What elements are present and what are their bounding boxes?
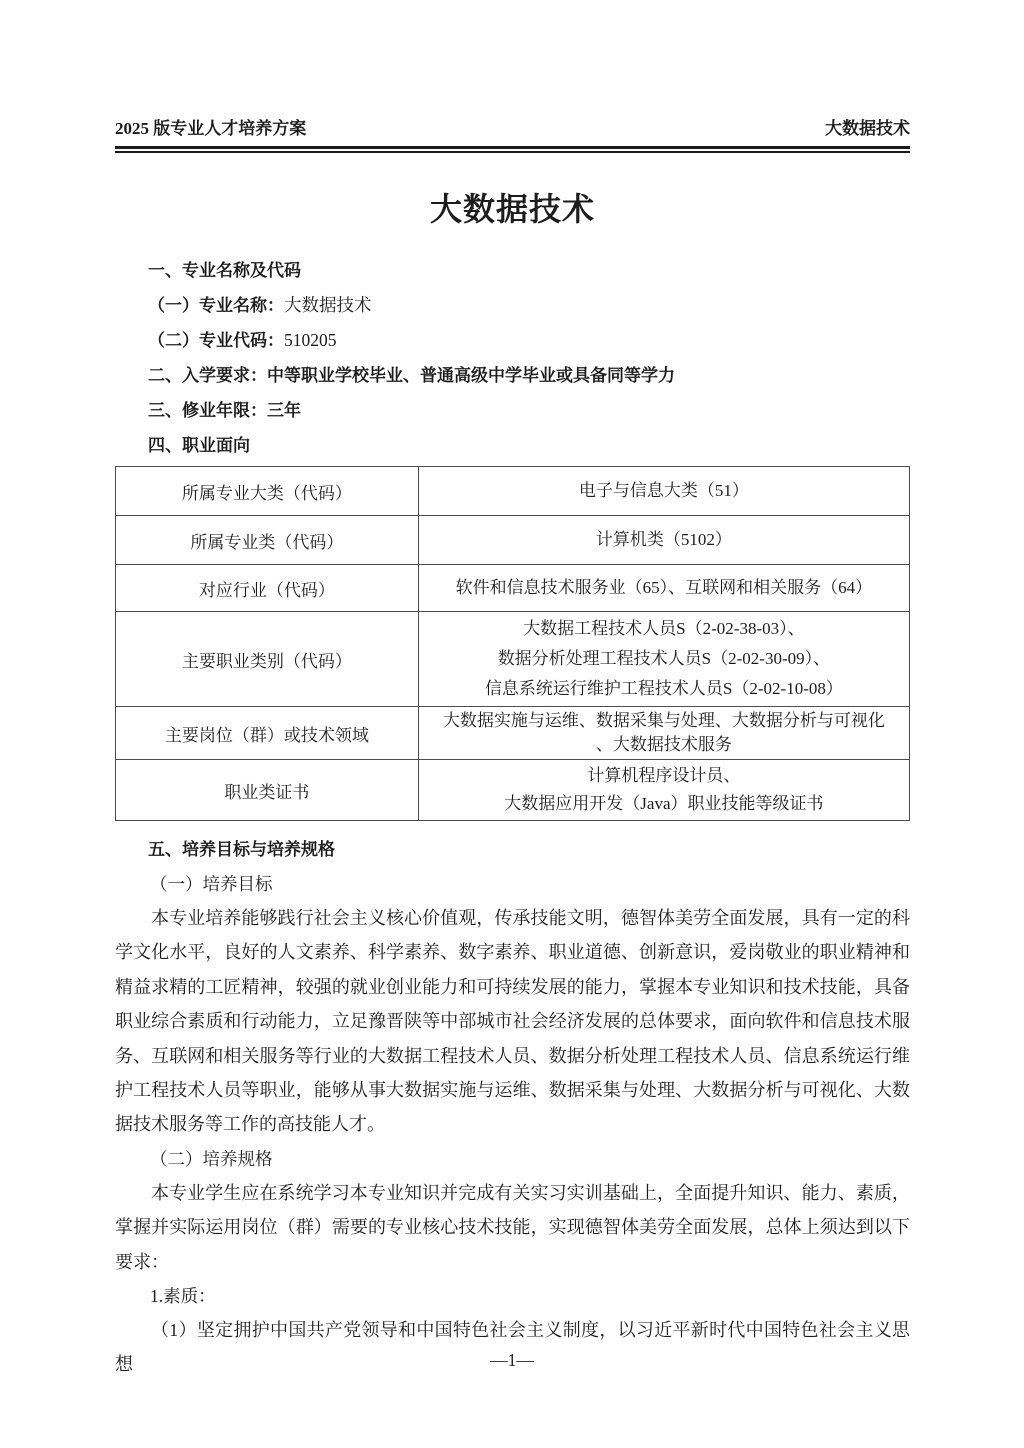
page-header: 2025 版专业人才培养方案 大数据技术	[115, 118, 910, 140]
table-row: 主要岗位（群）或技术领域 大数据实施与运维、数据采集与处理、大数据分析与可视化 …	[116, 707, 910, 760]
outline-item-2: 二、入学要求：中等职业学校毕业、普通高级中学毕业或具备同等学力	[115, 358, 910, 393]
header-rule	[115, 146, 910, 153]
table-row: 职业类证书 计算机程序设计员、 大数据应用开发（Java）职业技能等级证书	[116, 760, 910, 821]
row-label: 职业类证书	[116, 760, 419, 821]
row-value: 软件和信息技术服务业（65）、互联网和相关服务（64）	[418, 565, 909, 612]
row-value: 大数据工程技术人员S（2-02-38-03）、 数据分析处理工程技术人员S（2-…	[418, 612, 909, 707]
row-value: 电子与信息大类（51）	[418, 467, 909, 516]
row-value-line: 电子与信息大类（51）	[427, 476, 901, 506]
row-label: 主要职业类别（代码）	[116, 612, 419, 707]
specs-paragraph: 本专业学生应在系统学习本专业知识并完成有关实习实训基础上，全面提升知识、能力、素…	[115, 1176, 910, 1279]
row-value-line: 计算机程序设计员、	[427, 762, 901, 790]
objectives-paragraph: 本专业培养能够践行社会主义核心价值观，传承技能文明，德智体美劳全面发展，具有一定…	[115, 901, 910, 1142]
document-page: 2025 版专业人才培养方案 大数据技术 大数据技术 一、专业名称及代码 （一）…	[0, 0, 1024, 1382]
outline-item-1-1-label: （一）专业名称：	[148, 296, 284, 315]
outline-item-3: 三、修业年限：三年	[115, 393, 910, 428]
row-label: 所属专业大类（代码）	[116, 467, 419, 516]
outline-item-4-label: 四、职业面向	[148, 436, 250, 455]
row-value-line: 计算机类（5102）	[427, 525, 901, 555]
header-left-text: 2025 版专业人才培养方案	[115, 118, 306, 140]
outline-item-1-2: （二）专业代码：510205	[115, 323, 910, 358]
row-value-line: 数据分析处理工程技术人员S（2-02-30-09）、	[427, 644, 901, 674]
outline-item-1-2-value: 510205	[284, 330, 337, 350]
row-value: 大数据实施与运维、数据采集与处理、大数据分析与可视化 、大数据技术服务	[418, 707, 909, 760]
row-value: 计算机程序设计员、 大数据应用开发（Java）职业技能等级证书	[418, 760, 909, 821]
document-title: 大数据技术	[115, 187, 910, 231]
subsection-heading-specs: （二）培养规格	[115, 1142, 910, 1176]
header-right-text: 大数据技术	[825, 118, 910, 140]
row-value-line: 大数据工程技术人员S（2-02-38-03）、	[427, 614, 901, 644]
row-value-line: 信息系统运行维护工程技术人员S（2-02-10-08）	[427, 674, 901, 704]
outline-item-1-label: 一、专业名称及代码	[148, 261, 301, 280]
outline-item-4: 四、职业面向	[115, 428, 910, 463]
table-row: 所属专业类（代码） 计算机类（5102）	[116, 516, 910, 565]
outline-list: 一、专业名称及代码 （一）专业名称：大数据技术 （二）专业代码：510205 二…	[115, 253, 910, 463]
row-label: 对应行业（代码）	[116, 565, 419, 612]
section-heading-5: 五、培养目标与培养规格	[115, 833, 910, 867]
table-row: 所属专业大类（代码） 电子与信息大类（51）	[116, 467, 910, 516]
outline-item-2-label: 二、入学要求：中等职业学校毕业、普通高级中学毕业或具备同等学力	[148, 366, 675, 385]
outline-item-1-2-label: （二）专业代码：	[148, 331, 284, 350]
page-number: —1—	[0, 1350, 1024, 1371]
outline-item-1-1: （一）专业名称：大数据技术	[115, 288, 910, 323]
table-row: 对应行业（代码） 软件和信息技术服务业（65）、互联网和相关服务（64）	[116, 565, 910, 612]
career-orientation-table: 所属专业大类（代码） 电子与信息大类（51） 所属专业类（代码） 计算机类（51…	[115, 466, 910, 821]
row-value-line: 软件和信息技术服务业（65）、互联网和相关服务（64）	[427, 573, 901, 603]
row-value-line: 、大数据技术服务	[427, 733, 901, 757]
subsection-heading-objectives: （一）培养目标	[115, 867, 910, 901]
outline-item-1-1-value: 大数据技术	[284, 295, 372, 315]
quality-item-1: （1）坚定拥护中国共产党领导和中国特色社会主义制度，以习近平新时代中国特色社会主…	[115, 1313, 910, 1382]
quality-label: 1.素质：	[115, 1279, 910, 1313]
outline-item-1: 一、专业名称及代码	[115, 253, 910, 288]
row-label: 主要岗位（群）或技术领域	[116, 707, 419, 760]
row-value: 计算机类（5102）	[418, 516, 909, 565]
row-value-line: 大数据实施与运维、数据采集与处理、大数据分析与可视化	[427, 709, 901, 733]
row-value-line: 大数据应用开发（Java）职业技能等级证书	[427, 790, 901, 818]
table-row: 主要职业类别（代码） 大数据工程技术人员S（2-02-38-03）、 数据分析处…	[116, 612, 910, 707]
row-label: 所属专业类（代码）	[116, 516, 419, 565]
outline-item-3-label: 三、修业年限：三年	[148, 401, 301, 420]
